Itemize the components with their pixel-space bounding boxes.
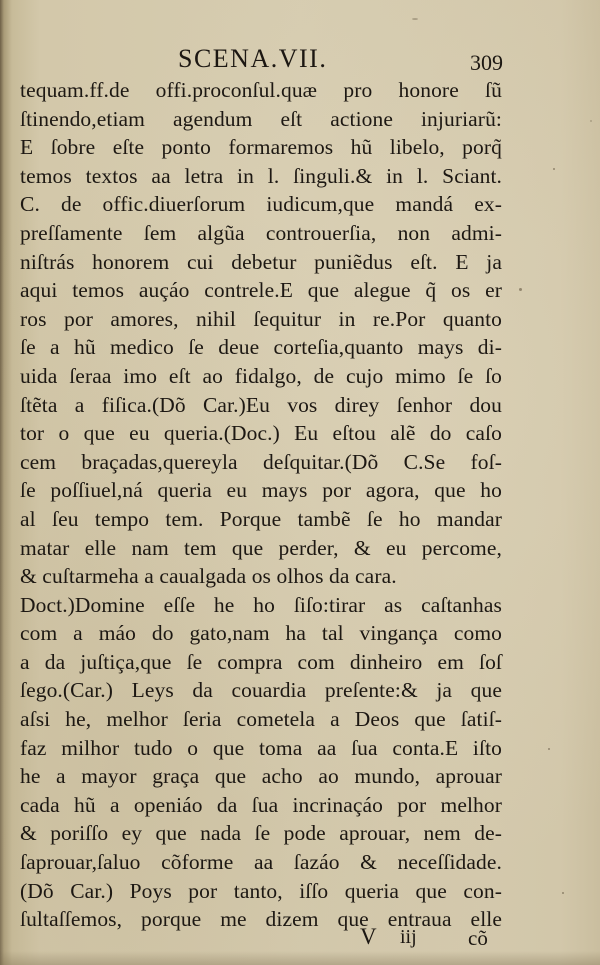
text-line: (Dõ Car.) Poys por tanto, iſſo queria qu… — [20, 877, 502, 906]
page-footer: V iij cõ — [0, 924, 600, 954]
page-number: 309 — [470, 50, 503, 76]
text-line: ſego.(Car.) Leys da couardia preſente:& … — [20, 676, 502, 705]
text-line: tequam.ff.de offi.proconſul.quæ pro hono… — [20, 76, 502, 105]
signature-mark: V — [360, 924, 377, 950]
text-line: E ſobre eſte ponto formaremos hũ libelo,… — [20, 133, 502, 162]
text-line: al ſeu tempo tem. Porque tambẽ ſe ho man… — [20, 505, 502, 534]
catchword: cõ — [468, 926, 488, 951]
text-line: com a máo do gato,nam ha tal vingança co… — [20, 619, 502, 648]
text-line: preſſamente ſem algũa controuerſia, non … — [20, 219, 502, 248]
text-line: matar elle nam tem que perder, & eu perc… — [20, 534, 502, 563]
text-line: & poriſſo ey que nada ſe pode aprouar, n… — [20, 819, 502, 848]
paper-speck — [548, 748, 550, 750]
paper-speck — [590, 120, 592, 122]
paper-speck — [519, 288, 522, 291]
text-line: a da juſtiça,que ſe compra com dinheiro … — [20, 648, 502, 677]
page-edge-shadow — [0, 951, 600, 965]
text-line: ſtinendo,etiam agendum eſt actione injur… — [20, 105, 502, 134]
text-line: temos textos aa letra in l. ſinguli.& in… — [20, 162, 502, 191]
text-line: C. de offic.diuerſorum iudicum,que mandá… — [20, 190, 502, 219]
paper-speck — [562, 892, 564, 894]
paper-speck — [412, 18, 418, 20]
text-line: he a mayor graça que acho ao mundo, apro… — [20, 762, 502, 791]
text-line: cem braçadas,quereyla deſquitar.(Dõ C.Se… — [20, 448, 502, 477]
text-line: ſe a hũ medico ſe deue corteſia,quanto m… — [20, 333, 502, 362]
paper-speck — [553, 168, 555, 170]
text-line: ſe poſſiuel,ná queria eu mays por agora,… — [20, 476, 502, 505]
text-line: cada hũ a openiáo da ſua incrinaçáo por … — [20, 791, 502, 820]
text-line: ros por amores, nihil ſequitur in re.Por… — [20, 305, 502, 334]
text-line: uida ſeraa imo eſt ao fidalgo, de cujo m… — [20, 362, 502, 391]
text-line: ſtẽta a fiſica.(Dõ Car.)Eu vos direy ſen… — [20, 391, 502, 420]
body-text: tequam.ff.de offi.proconſul.quæ pro hono… — [20, 76, 502, 934]
text-line: Doct.)Domine eſſe he ho ſiſo:tirar as ca… — [20, 591, 502, 620]
signature-number: iij — [400, 926, 417, 949]
text-line: aſsi he, melhor ſeria cometela a Deos qu… — [20, 705, 502, 734]
text-line: niſtrás honorem cui debetur puniẽdus eſt… — [20, 248, 502, 277]
text-line: & cuſtarmeha a caualgada os olhos da car… — [20, 562, 502, 591]
book-page: SCENA.VII. 309 tequam.ff.de offi.proconſ… — [0, 0, 600, 965]
text-line: faz milhor tudo o que toma aa ſua conta.… — [20, 734, 502, 763]
text-line: aqui temos auçáo contrele.E que alegue q… — [20, 276, 502, 305]
text-line: ſaprouar,ſaluo cõforme aa ſazáo & neceſſ… — [20, 848, 502, 877]
running-head: SCENA.VII. — [178, 44, 327, 74]
text-line: tor o que eu queria.(Doc.) Eu eſtou alẽ … — [20, 419, 502, 448]
